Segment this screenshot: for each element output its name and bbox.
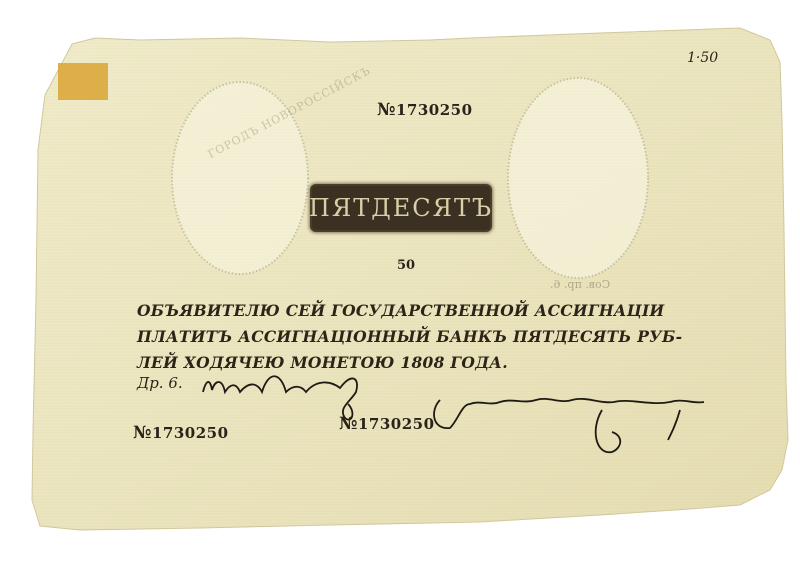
- number-sign: №: [377, 100, 396, 120]
- banknote: ГОРОДЪ НОВОРОССІЙСКЪ 1·50 №1730250 ПЯТДЕ…: [0, 0, 800, 576]
- obligation-line: ОБЪЯВИТЕЛЮ СЕЙ ГОСУДАРСТВЕННОЙ АССИГНАЦІ…: [137, 298, 697, 324]
- denomination-banner: ПЯТДЕСЯТЪ: [312, 186, 490, 230]
- embossed-oval-right: [508, 78, 648, 278]
- series-label: Др. 6.: [137, 374, 183, 392]
- number-sign: №: [133, 423, 152, 443]
- number-sign: №: [339, 414, 358, 434]
- denomination-number: 50: [397, 258, 415, 273]
- obligation-line: ЛЕЙ ХОДЯЧЕЮ МОНЕТОЮ 1808 ГОДА.: [137, 350, 697, 376]
- obligation-text: ОБЪЯВИТЕЛЮ СЕЙ ГОСУДАРСТВЕННОЙ АССИГНАЦІ…: [137, 298, 697, 376]
- serial-number-bottom-left: №1730250: [133, 423, 229, 443]
- obligation-line: ПЛАТИТЪ АССИГНАЦІОННЫЙ БАНКЪ ПЯТДЕСЯТЬ Р…: [137, 324, 697, 350]
- serial-value: 1730250: [358, 415, 435, 433]
- serial-value: 1730250: [396, 101, 473, 119]
- serial-number-bottom-middle: №1730250: [339, 414, 435, 434]
- serial-number-top: №1730250: [377, 100, 473, 120]
- denomination-word: ПЯТДЕСЯТЪ: [309, 194, 493, 222]
- faint-mirror-text: Сов. пр. 6.: [550, 278, 610, 291]
- serial-value: 1730250: [152, 424, 229, 442]
- paper-tape-stamp: [58, 63, 108, 100]
- paper-sheet: [0, 0, 800, 576]
- pencil-annotation: 1·50: [687, 50, 718, 66]
